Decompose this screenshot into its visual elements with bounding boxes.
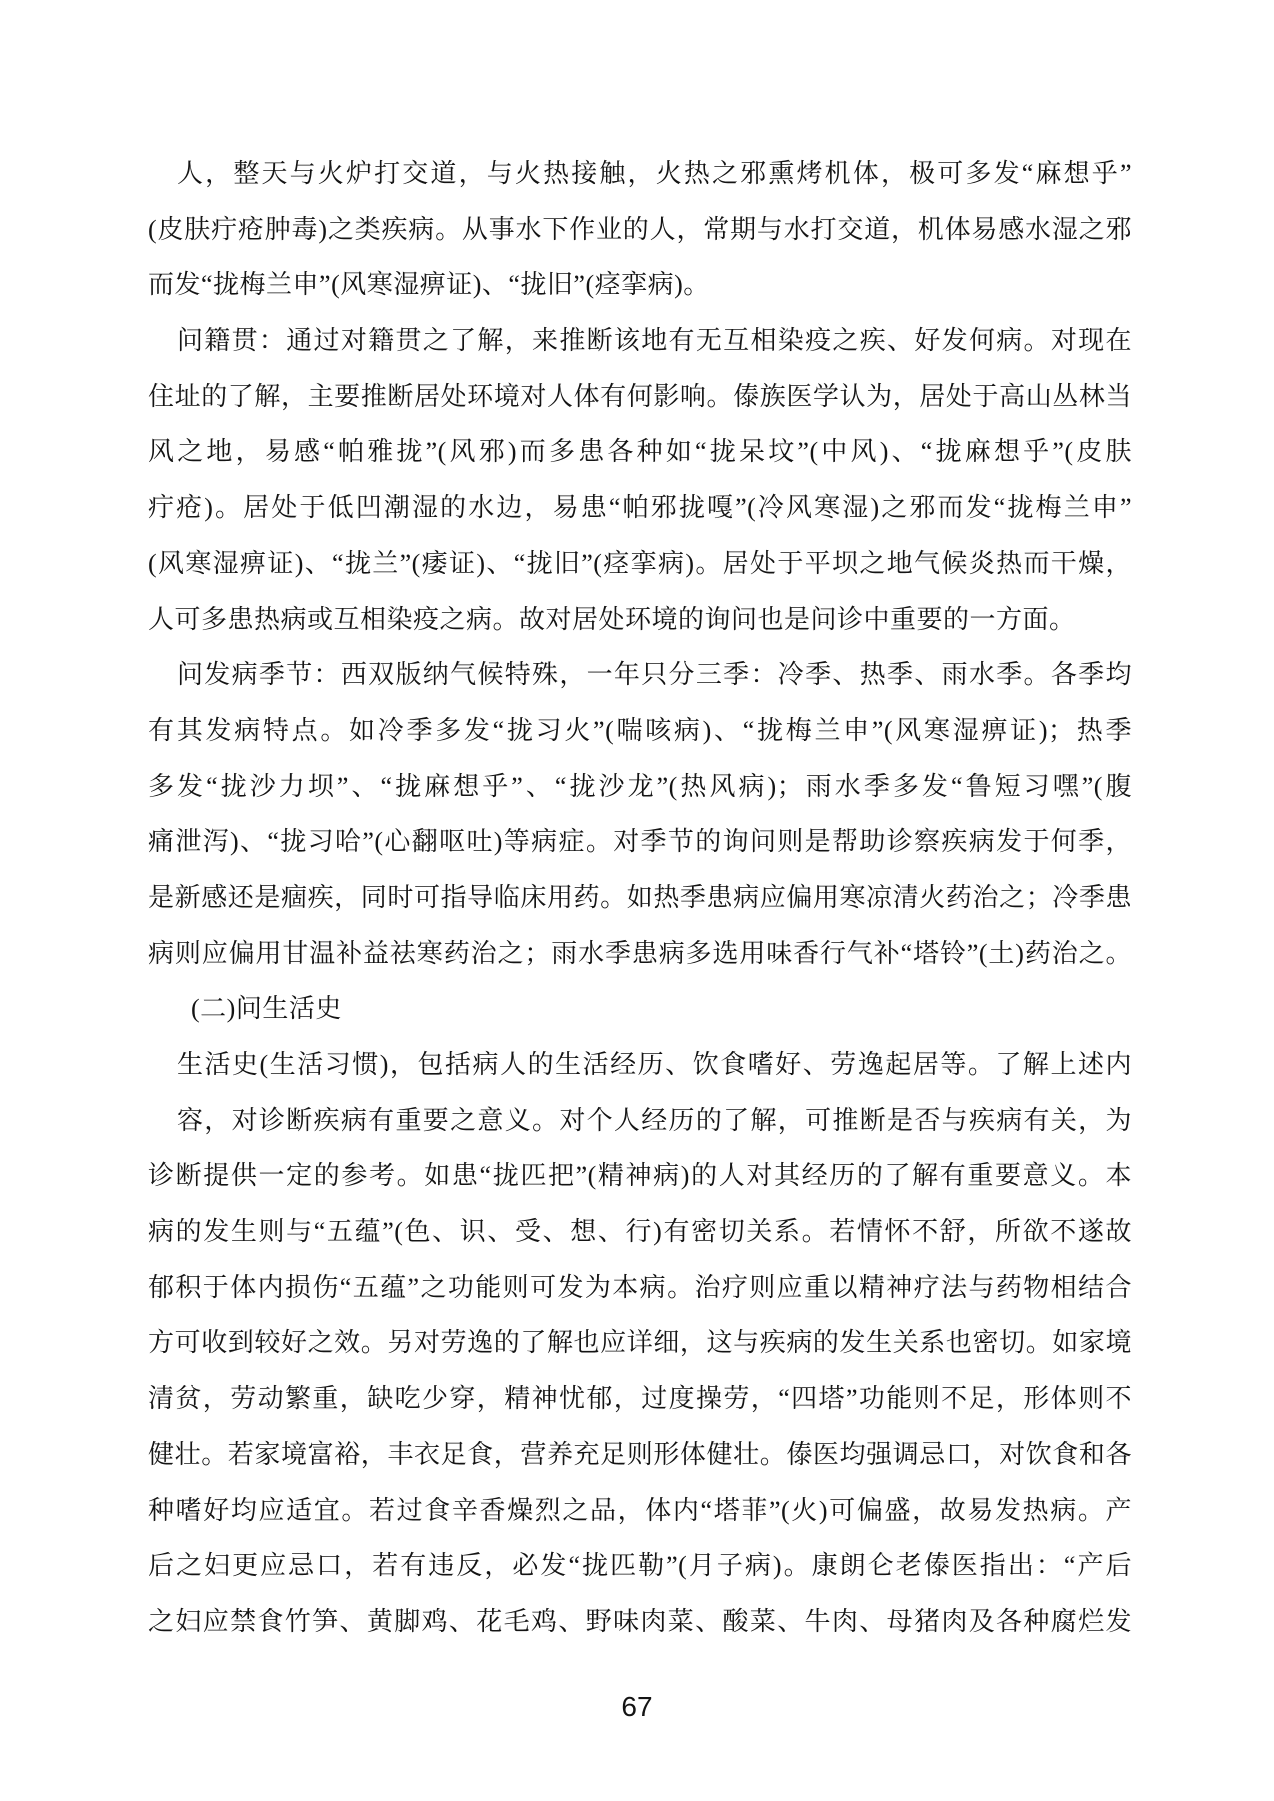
text-line: 病则应偏用甘温补益祛寒药治之；雨水季患病多选用味香行气补“塔铃”(土)药治之。 (148, 926, 1132, 982)
text-line: (风寒湿痹证)、“拢兰”(痿证)、“拢旧”(痉挛病)。居处于平坝之地气候炎热而干… (148, 536, 1132, 592)
text-line: 清贫，劳动繁重，缺吃少穿，精神忧郁，过度操劳，“四塔”功能则不足，形体则不 (148, 1371, 1132, 1427)
text-line: 生活史(生活习惯)，包括病人的生活经历、饮食嗜好、劳逸起居等。了解上述内 (148, 1037, 1132, 1093)
text-line: 问籍贯：通过对籍贯之了解，来推断该地有无互相染疫之疾、好发何病。对现在 (148, 313, 1132, 369)
page-number: 67 (0, 1691, 1274, 1723)
text-line: 种嗜好均应适宜。若过食辛香燥烈之品，体内“塔菲”(火)可偏盛，故易发热病。产 (148, 1483, 1132, 1539)
text-line: 之妇应禁食竹笋、黄脚鸡、花毛鸡、野味肉菜、酸菜、牛肉、母猪肉及各种腐烂发臭、 (148, 1594, 1132, 1650)
text-line: 后之妇更应忌口，若有违反，必发“拢匹勒”(月子病)。康朗仑老傣医指出：“产后 (148, 1538, 1132, 1594)
text-line: 人，整天与火炉打交道，与火热接触，火热之邪熏烤机体，极可多发“麻想乎” (148, 146, 1132, 202)
text-line: 问发病季节：西双版纳气候特殊，一年只分三季：冷季、热季、雨水季。各季均 (148, 647, 1132, 703)
text-line: 诊断提供一定的参考。如患“拢匹把”(精神病)的人对其经历的了解有重要意义。本 (148, 1148, 1132, 1204)
text-line: 多发“拢沙力坝”、“拢麻想乎”、“拢沙龙”(热风病)；雨水季多发“鲁短习嘿”(腹 (148, 759, 1132, 815)
text-line: 而发“拢梅兰申”(风寒湿痹证)、“拢旧”(痉挛病)。 (148, 257, 1132, 313)
text-line: (皮肤疔疮肿毒)之类疾病。从事水下作业的人，常期与水打交道，机体易感水湿之邪 (148, 202, 1132, 258)
text-line: 是新感还是痼疾，同时可指导临床用药。如热季患病应偏用寒凉清火药治之；冷季患 (148, 870, 1132, 926)
text-line: 住址的了解，主要推断居处环境对人体有何影响。傣族医学认为，居处于高山丛林当 (148, 369, 1132, 425)
text-line: 风之地，易感“帕雅拢”(风邪)而多患各种如“拢呆坟”(中风)、“拢麻想乎”(皮肤 (148, 424, 1132, 480)
text-line: 健壮。若家境富裕，丰衣足食，营养充足则形体健壮。傣医均强调忌口，对饮食和各 (148, 1427, 1132, 1483)
text-line: 郁积于体内损伤“五蕴”之功能则可发为本病。治疗则应重以精神疗法与药物相结合 (148, 1260, 1132, 1316)
document-page: 人，整天与火炉打交道，与火热接触，火热之邪熏烤机体，极可多发“麻想乎”(皮肤疔疮… (0, 0, 1274, 1801)
text-line: 人可多患热病或互相染疫之病。故对居处环境的询问也是问诊中重要的一方面。 (148, 592, 1132, 648)
text-line: 病的发生则与“五蕴”(色、识、受、想、行)有密切关系。若情怀不舒，所欲不遂故 (148, 1204, 1132, 1260)
text-line: 有其发病特点。如冷季多发“拢习火”(喘咳病)、“拢梅兰申”(风寒湿痹证)；热季 (148, 703, 1132, 759)
text-line: 方可收到较好之效。另对劳逸的了解也应详细，这与疾病的发生关系也密切。如家境 (148, 1315, 1132, 1371)
body-text: 人，整天与火炉打交道，与火热接触，火热之邪熏烤机体，极可多发“麻想乎”(皮肤疔疮… (148, 146, 1132, 1650)
text-line: (二)问生活史 (148, 981, 1132, 1037)
text-line: 疔疮)。居处于低凹潮湿的水边，易患“帕邪拢嘎”(冷风寒湿)之邪而发“拢梅兰申” (148, 480, 1132, 536)
text-line: 痛泄泻)、“拢习哈”(心翻呕吐)等病症。对季节的询问则是帮助诊察疾病发于何季， (148, 814, 1132, 870)
text-line: 容，对诊断疾病有重要之意义。对个人经历的了解，可推断是否与疾病有关，为 (148, 1093, 1132, 1149)
